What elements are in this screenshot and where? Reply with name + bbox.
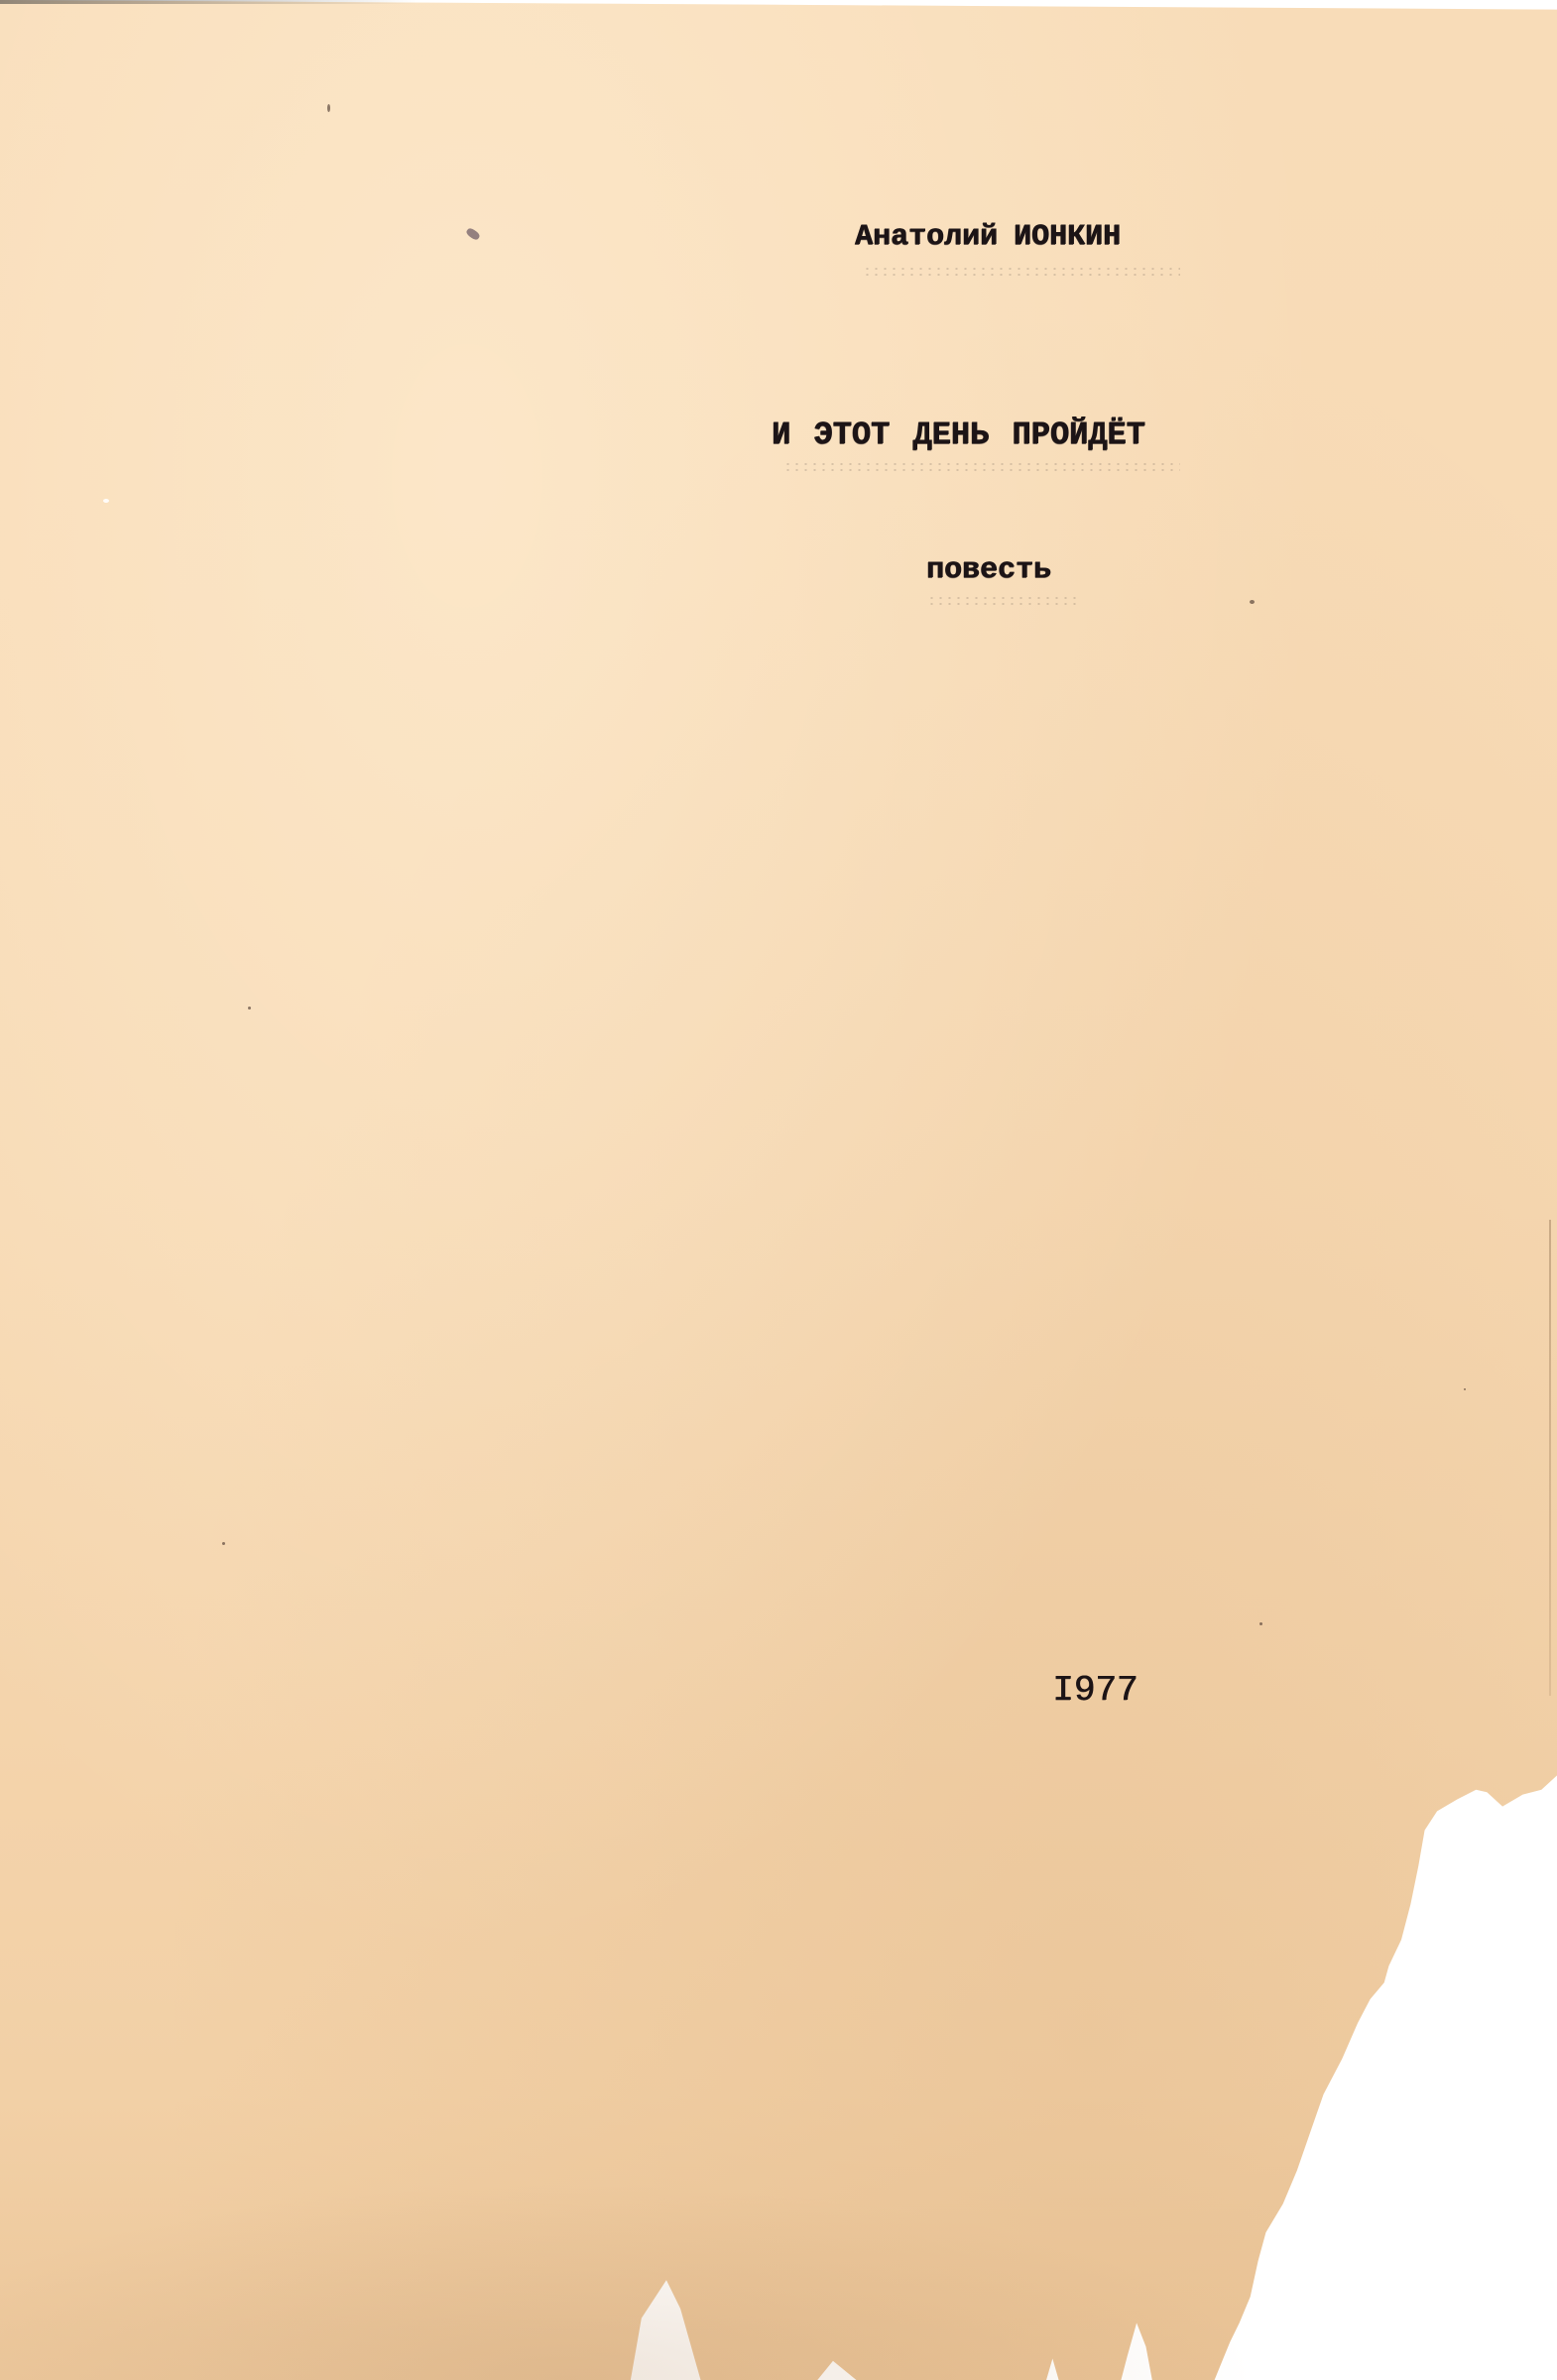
right-fold-line xyxy=(1549,1220,1551,1696)
paper-page xyxy=(0,0,1557,2380)
author-first-name: Анатолий xyxy=(855,220,998,254)
author-name: АнатолийИОНКИН xyxy=(855,220,1121,254)
paper-speck xyxy=(248,1007,251,1010)
author-surname: ИОНКИН xyxy=(1014,220,1121,254)
paper-speck xyxy=(1250,600,1255,604)
year-label: I977 xyxy=(1052,1670,1138,1711)
work-title: И ЭТОТ ДЕНЬ ПРОЙДЁТ xyxy=(772,416,1145,453)
ghost-typing-residue xyxy=(927,595,1076,609)
paper-nick xyxy=(103,499,109,503)
paper-speck xyxy=(327,104,330,112)
genre-label: повесть xyxy=(926,553,1051,587)
top-edge-shadow xyxy=(0,0,417,4)
paper-speck xyxy=(1464,1388,1466,1390)
ghost-typing-residue xyxy=(863,266,1180,280)
paper-speck xyxy=(222,1542,225,1545)
paper-speck xyxy=(1259,1622,1262,1625)
ghost-typing-residue xyxy=(783,461,1180,475)
